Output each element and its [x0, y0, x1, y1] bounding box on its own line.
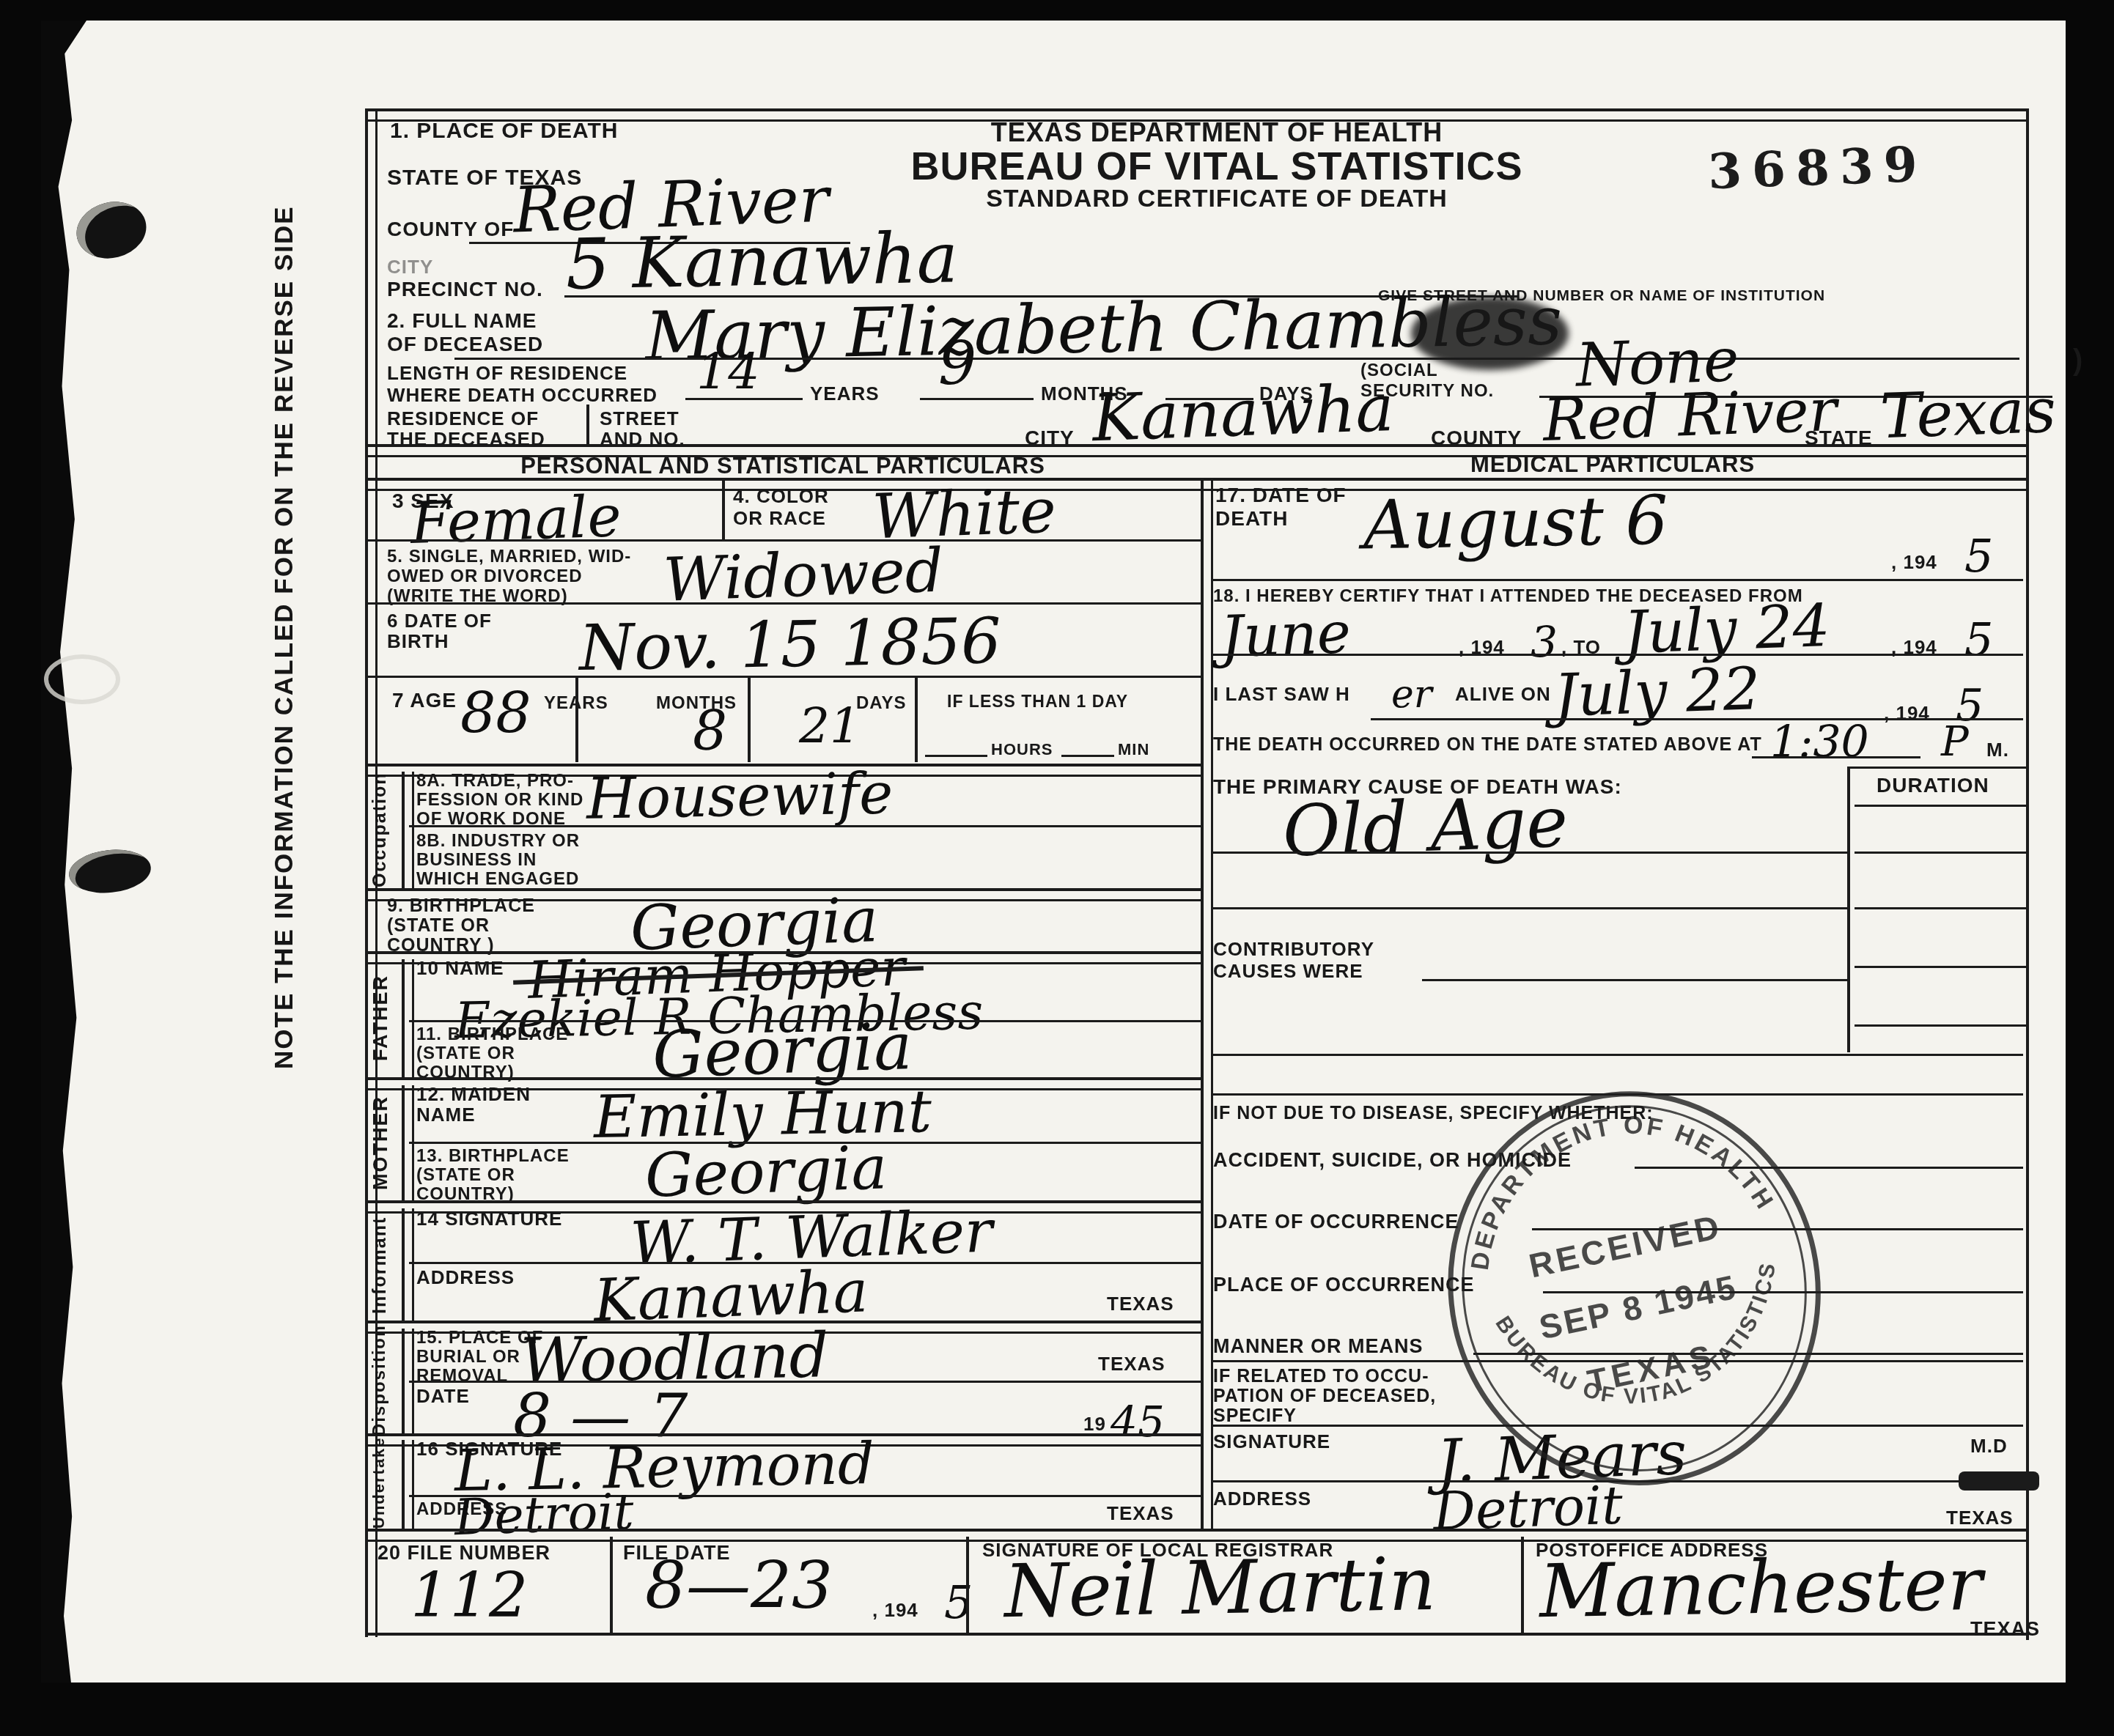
age-less-label: IF LESS THAN 1 DAY — [947, 692, 1128, 712]
duration-box-left — [1847, 767, 1850, 1052]
standard-title: STANDARD CERTIFICATE OF DEATH — [986, 185, 1448, 213]
dod-label-2: DEATH — [1215, 507, 1288, 531]
certificate-number: 36839 — [1707, 136, 1929, 200]
physician-md-label: M.D — [1970, 1435, 2008, 1458]
father-name-label: 10 NAME — [416, 957, 504, 980]
form-right-border — [2026, 108, 2029, 1640]
po-texas-label: TEXAS — [1970, 1618, 2040, 1641]
received-stamp: DEPARTMENT OF HEALTH BUREAU OF VITAL STA… — [1399, 1048, 1871, 1532]
precinct-value: 5 Kanawha — [565, 218, 959, 305]
min-rule — [1061, 755, 1114, 757]
undertaker-texas-label: TEXAS — [1107, 1502, 1174, 1525]
full-name-label-2: OF DECEASED — [387, 333, 543, 356]
duration-line-2 — [1855, 907, 2026, 909]
contributory-label-1: CONTRIBUTORY — [1213, 938, 1374, 961]
ghost-hole-mark — [44, 654, 120, 704]
maiden-label-1: 12. MAIDEN — [416, 1083, 531, 1106]
age-min-label: MIN — [1118, 740, 1149, 759]
marital-row-rule — [367, 602, 1201, 605]
birth-label-2: BIRTH — [387, 630, 449, 653]
birthplace-label-2: (STATE OR — [387, 915, 490, 937]
trade-label-2: FESSION OR KIND — [416, 790, 583, 810]
form-bottom-border — [367, 1633, 2029, 1636]
age-div-2 — [748, 678, 751, 762]
trade-value: Housewife — [586, 761, 894, 832]
duration-box-top — [1847, 767, 2026, 769]
full-name-label-1: 2. FULL NAME — [387, 309, 537, 333]
burial-texas-label: TEXAS — [1098, 1353, 1165, 1375]
registrar-sig-value: Neil Martin — [1003, 1541, 1437, 1634]
file-divider-3 — [1521, 1537, 1524, 1633]
residence-length-label-1: LENGTH OF RESIDENCE — [387, 362, 627, 385]
residence-of-label-1: RESIDENCE OF — [387, 407, 539, 430]
residence-years-value: 14 — [696, 343, 760, 401]
industry-label-2: BUSINESS IN — [416, 850, 537, 871]
last-saw-year-printed: , 194 — [1884, 702, 1930, 725]
occurred-p-value: P — [1941, 718, 1969, 766]
manner-label: MANNER OR MEANS — [1213, 1335, 1424, 1358]
occupation-side-label: Occupation — [369, 771, 391, 888]
contributory-blank-rule — [1213, 1054, 2023, 1056]
file-date-value: 8—23 — [645, 1548, 833, 1623]
precinct-label: PRECINCT NO. — [387, 278, 543, 301]
sex-value: Female — [410, 484, 623, 557]
duration-line-1 — [1855, 852, 2026, 854]
column-divider — [1201, 478, 1213, 1532]
father-bp-label-2: (STATE OR — [416, 1044, 515, 1064]
disposition-side-label: Disposition — [369, 1329, 390, 1436]
bureau-title: BUREAU OF VITAL STATISTICS — [911, 144, 1523, 189]
years-rule — [685, 398, 803, 400]
age-div-3 — [915, 678, 918, 762]
birth-value: Nov. 15 1856 — [578, 605, 1001, 685]
mother-rail — [402, 1085, 414, 1203]
burial-label-3: REMOVAL — [416, 1366, 508, 1386]
father-side-label: FATHER — [369, 960, 392, 1076]
undertaker-side-label: Undertaker — [369, 1441, 388, 1529]
last-saw-post-label: ALIVE ON — [1455, 683, 1551, 706]
related-label-1: IF RELATED TO OCCU- — [1213, 1366, 1429, 1387]
mother-bp-value: Georgia — [644, 1133, 888, 1211]
res-county-value: Red River — [1542, 376, 1838, 454]
place-of-death-label: 1. PLACE OF DEATH — [390, 119, 618, 144]
informant-sig-label: 14 SIGNATURE — [416, 1208, 562, 1230]
occurred-label: THE DEATH OCCURRED ON THE DATE STATED AB… — [1213, 734, 1762, 756]
undertaker-rail — [402, 1440, 414, 1532]
duration-label-rule — [1855, 805, 2026, 807]
trade-label-1: 8A. TRADE, PRO- — [416, 771, 574, 791]
scanned-death-certificate: NOTE THE INFORMATION CALLED FOR ON THE R… — [0, 0, 2114, 1736]
certify-from-value: June — [1219, 600, 1352, 671]
informant-addr-label: ADDRESS — [416, 1266, 515, 1289]
age-months-value: 8 — [693, 700, 727, 763]
sex-color-divider — [722, 481, 725, 541]
file-no-value: 112 — [410, 1559, 528, 1631]
related-label-3: SPECIFY — [1213, 1406, 1297, 1427]
informant-texas-label: TEXAS — [1107, 1293, 1174, 1315]
residence-divider — [586, 405, 589, 444]
duration-line-3 — [1855, 966, 2026, 968]
age-div-1 — [575, 678, 578, 762]
trade-rule — [409, 825, 1201, 827]
physician-addr-label: ADDRESS — [1213, 1488, 1311, 1510]
cause-value: Old Age — [1281, 780, 1569, 873]
res-city-value: Kanawha — [1091, 370, 1395, 456]
color-label-1: 4. COLOR — [733, 485, 829, 508]
occurred-rule — [1752, 756, 1920, 758]
ssn-close-paren: ) — [2073, 344, 2083, 377]
industry-label-3: WHICH ENGAGED — [416, 869, 579, 890]
last-saw-her: er — [1391, 673, 1432, 717]
medical-section-title: MEDICAL PARTICULARS — [1470, 451, 1755, 478]
cause-rule — [1213, 852, 1847, 854]
duration-line-4 — [1855, 1024, 2026, 1027]
burial-date-label: DATE — [416, 1385, 470, 1408]
file-divider-1 — [610, 1537, 613, 1633]
duration-label: DURATION — [1877, 774, 1989, 797]
age-hours-label: HOURS — [991, 740, 1053, 759]
mother-bp-label-2: (STATE OR — [416, 1165, 515, 1186]
informant-side-label: Informant — [369, 1209, 391, 1321]
dod-year-value: 5 — [1964, 529, 1993, 583]
residence-length-label-2: WHERE DEATH OCCURRED — [387, 384, 658, 407]
informant-rail — [402, 1208, 414, 1323]
occurred-m-label: M. — [1986, 739, 2009, 761]
age-value: 88 — [460, 680, 531, 745]
dod-year-printed: , 194 — [1891, 551, 1937, 574]
redaction-blob — [1959, 1471, 2039, 1491]
cause-blank-rule — [1213, 907, 1847, 909]
to-year-value: 5 — [1964, 613, 1993, 666]
personal-section-title: PERSONAL AND STATISTICAL PARTICULARS — [520, 453, 1045, 479]
burial-label-2: BURIAL OR — [416, 1347, 520, 1367]
birth-label-1: 6 DATE OF — [387, 610, 492, 632]
mother-bp-label-1: 13. BIRTHPLACE — [416, 1146, 570, 1167]
county-of-label: COUNTY OF — [387, 218, 514, 241]
birth-row-rule — [367, 676, 1201, 678]
related-label-2: PATION OF DECEASED, — [1213, 1386, 1436, 1407]
years-label: YEARS — [810, 383, 880, 405]
margin-note: NOTE THE INFORMATION CALLED FOR ON THE R… — [270, 125, 299, 1150]
from-year-value: 3 — [1531, 617, 1558, 667]
mother-side-label: MOTHER — [369, 1086, 392, 1200]
marital-label-1: 5. SINGLE, MARRIED, WID- — [387, 547, 631, 567]
months-rule — [920, 398, 1034, 400]
contributory-rule — [1422, 979, 1847, 981]
po-value: Manchester — [1539, 1541, 1983, 1635]
last-saw-pre-label: I LAST SAW H — [1213, 683, 1350, 706]
color-label-2: OR RACE — [733, 507, 826, 530]
street-label-1: STREET — [600, 407, 679, 430]
certify-rule — [1213, 654, 2023, 656]
age-days-label: DAYS — [856, 693, 906, 714]
stamp-received-text: RECEIVED — [1525, 1207, 1725, 1285]
birthplace-label-1: 9. BIRTHPLACE — [387, 895, 535, 917]
maiden-label-2: NAME — [416, 1104, 476, 1126]
age-days-value: 21 — [799, 698, 861, 754]
dod-value: August 6 — [1363, 481, 1669, 564]
file-year-printed: , 194 — [872, 1599, 918, 1622]
father-bp-label-1: 11. BIRTHPLACE — [416, 1024, 568, 1045]
file-divider-2 — [966, 1537, 969, 1633]
full-name-rule — [454, 358, 2019, 360]
res-state-value: Texas — [1879, 374, 2057, 452]
dod-rule — [1213, 579, 2023, 581]
contributory-label-2: CAUSES WERE — [1213, 960, 1363, 983]
city-label: CITY — [387, 256, 433, 278]
last-saw-rule — [1371, 718, 2023, 720]
burial-year-printed: 19 — [1083, 1413, 1106, 1436]
dod-label-1: 17. DATE OF — [1215, 484, 1347, 507]
industry-label-1: 8B. INDUSTRY OR — [416, 831, 580, 852]
physician-sig-label: SIGNATURE — [1213, 1430, 1330, 1453]
occurred-time-value: 1:30 — [1770, 717, 1869, 768]
age-label: 7 AGE — [392, 689, 457, 712]
occupation-rail — [402, 772, 414, 890]
stamp-date-text: SEP 8 1945 — [1536, 1267, 1741, 1346]
physician-texas-label: TEXAS — [1946, 1507, 2014, 1529]
marital-label-2: OWED OR DIVORCED — [387, 566, 583, 587]
hours-rule — [925, 755, 987, 757]
residence-months-value: 9 — [938, 330, 976, 399]
father-rail — [402, 959, 414, 1078]
